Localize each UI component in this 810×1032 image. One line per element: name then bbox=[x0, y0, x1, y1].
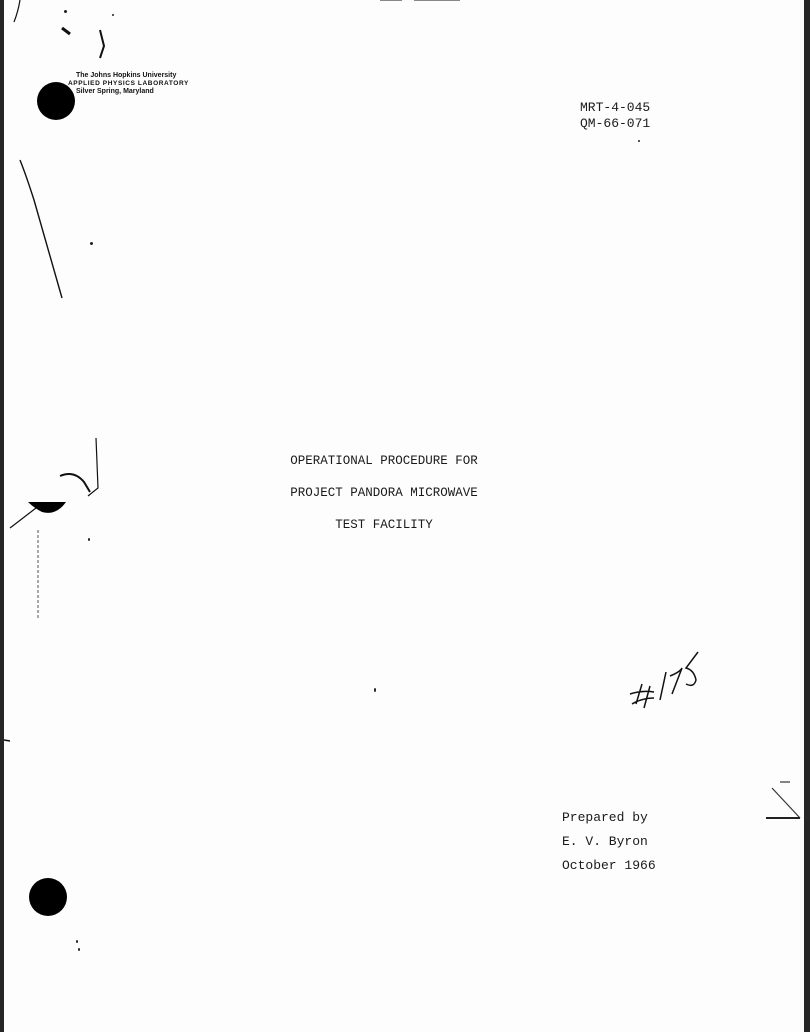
author-name: E. V. Byron bbox=[562, 830, 656, 854]
prepared-label: Prepared by bbox=[562, 806, 656, 830]
speck bbox=[112, 14, 114, 16]
document-title: OPERATIONAL PROCEDURE FOR PROJECT PANDOR… bbox=[234, 445, 534, 541]
document-page: The Johns Hopkins University APPLIED PHY… bbox=[4, 0, 804, 1032]
letterhead: The Johns Hopkins University APPLIED PHY… bbox=[68, 72, 189, 96]
publication-date: October 1966 bbox=[562, 854, 656, 878]
document-id-secondary: QM-66-071 bbox=[580, 116, 650, 132]
speck bbox=[78, 948, 80, 951]
document-ids: MRT-4-045 QM-66-071 bbox=[580, 100, 650, 132]
title-line-3: TEST FACILITY bbox=[234, 509, 534, 541]
handwritten-annotation: #175 bbox=[624, 648, 704, 733]
speck bbox=[374, 688, 376, 692]
institution-name: The Johns Hopkins University bbox=[68, 72, 189, 80]
speck bbox=[64, 10, 67, 13]
location: Silver Spring, Maryland bbox=[68, 88, 189, 96]
laboratory-name: APPLIED PHYSICS LABORATORY bbox=[68, 80, 189, 88]
title-line-1: OPERATIONAL PROCEDURE FOR bbox=[234, 445, 534, 477]
handwritten-number-glyphs: #175 bbox=[624, 648, 704, 728]
speck bbox=[638, 140, 640, 142]
binder-hole-bottom bbox=[29, 878, 67, 916]
speck bbox=[76, 940, 78, 943]
prepared-by-block: Prepared by E. V. Byron October 1966 bbox=[562, 806, 656, 878]
speck bbox=[88, 538, 90, 541]
title-line-2: PROJECT PANDORA MICROWAVE bbox=[234, 477, 534, 509]
speck bbox=[90, 242, 93, 245]
document-id-primary: MRT-4-045 bbox=[580, 100, 650, 116]
